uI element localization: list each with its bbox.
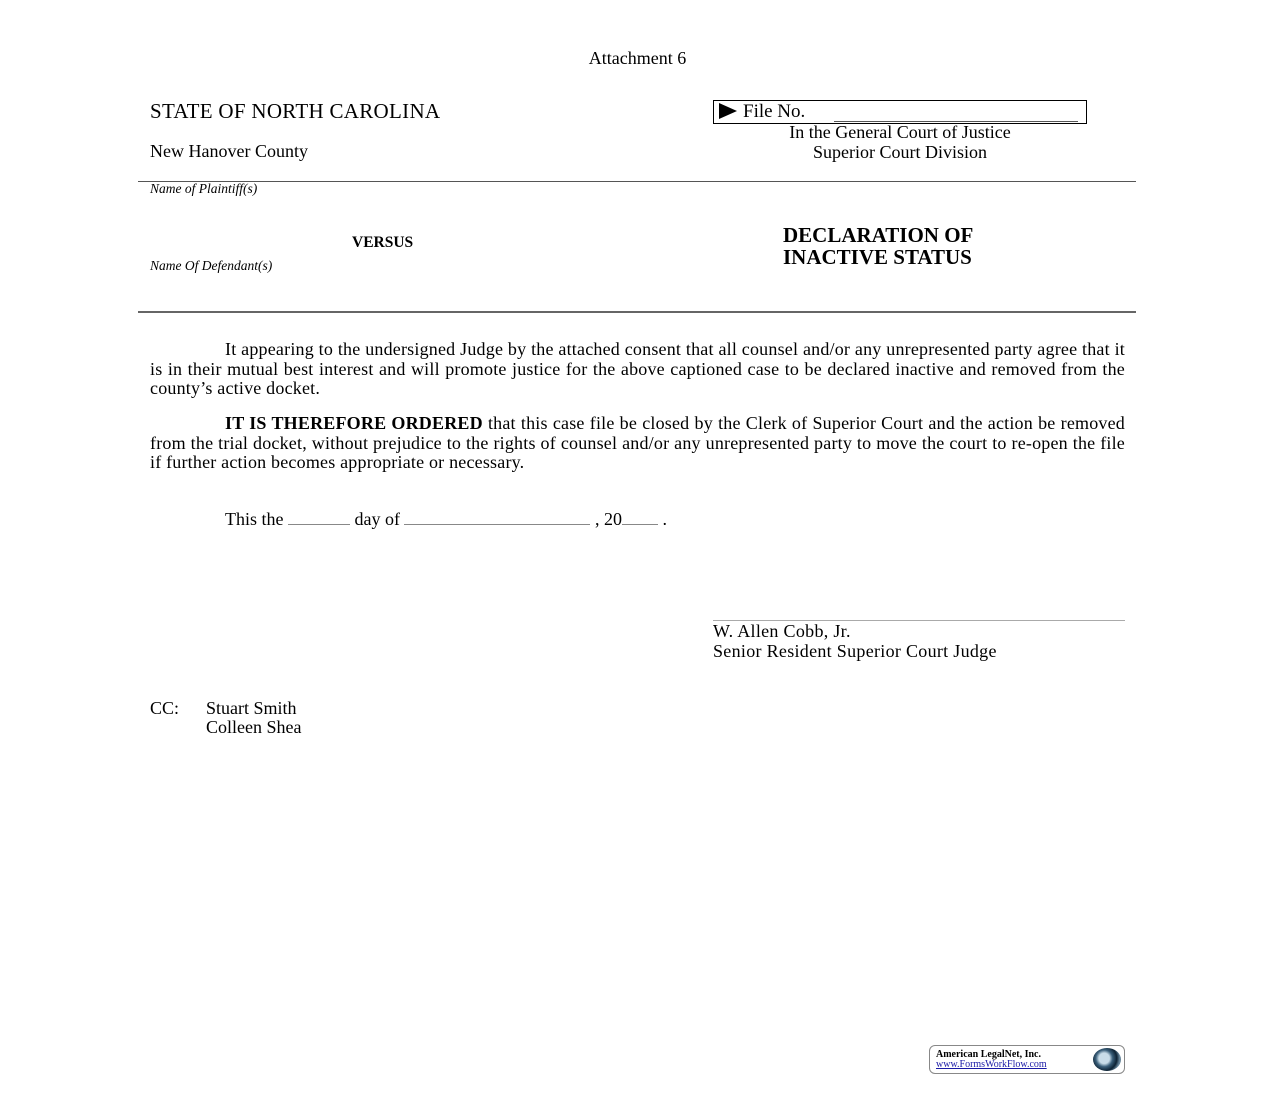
date-prefix: This the — [225, 509, 288, 529]
versus-label: VERSUS — [352, 234, 413, 252]
file-number-label: File No. — [743, 101, 805, 123]
date-day-of: day of — [350, 509, 404, 529]
arrow-right-icon — [719, 103, 737, 119]
date-end: . — [658, 509, 667, 529]
cc-label: CC: — [150, 698, 179, 719]
judge-title: Senior Resident Superior Court Judge — [713, 641, 997, 662]
county-name: New Hanover County — [150, 141, 308, 162]
court-name: In the General Court of Justice — [700, 122, 1100, 143]
paragraph-order: IT IS THEREFORE ORDERED that this case f… — [150, 414, 1125, 473]
plaintiff-label: Name of Plaintiff(s) — [150, 181, 257, 197]
document-title-line1: DECLARATION OF — [783, 224, 973, 246]
judge-name: W. Allen Cobb, Jr. — [713, 621, 851, 642]
cc-recipient: Stuart Smith — [206, 698, 297, 719]
day-blank[interactable] — [288, 512, 350, 525]
legalnet-badge[interactable]: American LegalNet, Inc. www.FormsWorkFlo… — [929, 1045, 1125, 1074]
divider — [138, 181, 1136, 182]
cc-recipient: Colleen Shea — [206, 717, 301, 738]
date-year-prefix: , 20 — [590, 509, 622, 529]
court-division: Superior Court Division — [700, 142, 1100, 163]
paragraph-consent: It appearing to the undersigned Judge by… — [150, 340, 1125, 399]
month-blank[interactable] — [404, 512, 590, 525]
attachment-label: Attachment 6 — [0, 48, 1275, 69]
year-blank[interactable] — [622, 512, 658, 525]
document-title: DECLARATION OF INACTIVE STATUS — [783, 224, 973, 268]
defendant-label: Name Of Defendant(s) — [150, 258, 272, 274]
badge-url-link[interactable]: www.FormsWorkFlow.com — [936, 1059, 1047, 1070]
date-line: This the day of , 20 . — [225, 509, 667, 530]
divider — [138, 311, 1136, 313]
document-title-line2: INACTIVE STATUS — [783, 246, 973, 268]
state-name: STATE OF NORTH CAROLINA — [150, 99, 440, 124]
order-heading: IT IS THEREFORE ORDERED — [225, 413, 483, 433]
file-number-field[interactable]: File No. — [713, 100, 1087, 124]
globe-icon — [1093, 1048, 1121, 1071]
